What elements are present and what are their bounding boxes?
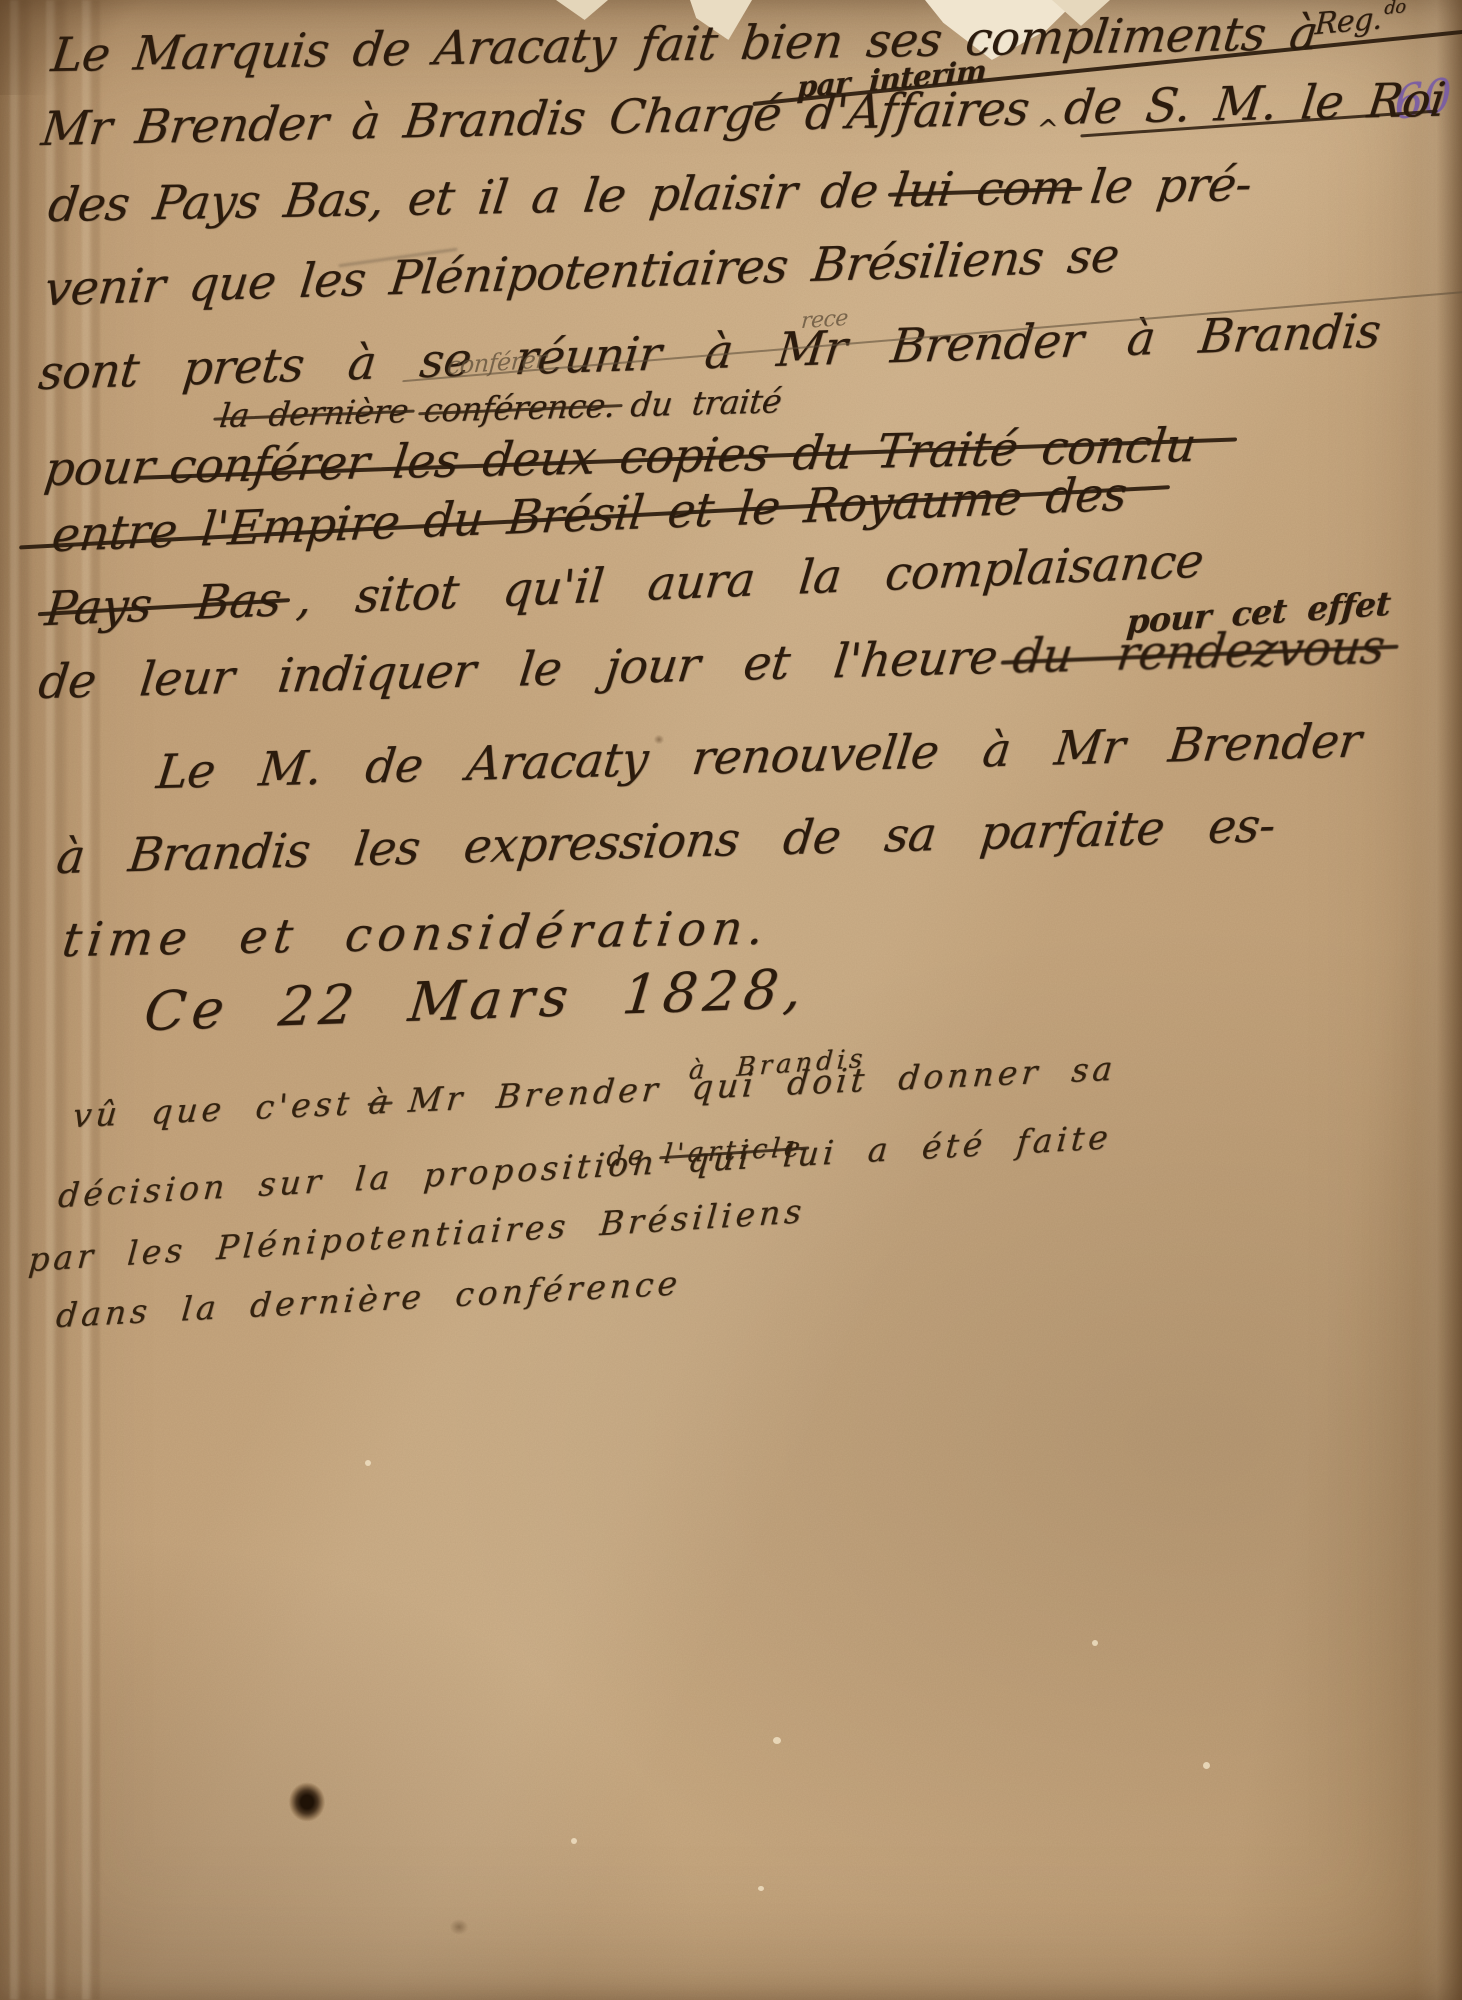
- paper-speck: [571, 1838, 577, 1844]
- ink-blot: [283, 1776, 331, 1828]
- line-4: venir que les Plénipotentiaires Brésilie…: [42, 228, 1122, 317]
- paper-speck: [1203, 1762, 1210, 1769]
- date-line: Ce 22 Mars 1828,: [141, 957, 810, 1043]
- insertion-caret: ^: [1034, 115, 1059, 146]
- struck-text: la dernière: [218, 391, 411, 435]
- paper-speck: [365, 1460, 371, 1466]
- paper-speck: [758, 1886, 764, 1891]
- postscript-line-2: décision sur la proposition qui lui a ét…: [57, 1117, 1114, 1215]
- pencil-insertion: rece: [800, 306, 849, 334]
- manuscript-page: Reg.do 60 Le Marquis de Aracaty fait bie…: [0, 0, 1462, 2000]
- line-2: Mr Brender à Brandis Chargé d'Affaires^d…: [37, 73, 1448, 167]
- line-10: Le M. de Aracaty renouvelle à Mr Brender: [154, 713, 1364, 800]
- postscript-line-1: vû que c'estàMr Brender qui doit donner …: [71, 1049, 1118, 1136]
- paper-speck: [1092, 1640, 1098, 1646]
- struck-text: conférence.: [422, 386, 617, 430]
- line-12: time et considération.: [59, 901, 772, 968]
- struck-text: à: [367, 1081, 394, 1121]
- postscript-line-4: dans la dernière conférence: [55, 1263, 683, 1335]
- line-11: à Brandis les expressions de sa parfaite…: [54, 798, 1278, 885]
- paper-speck: [773, 1737, 781, 1744]
- struck-text: Pays Bas: [43, 572, 284, 637]
- line-3: des Pays Bas, et il a le plaisir delui c…: [45, 157, 1254, 233]
- faint-ink-blot: [446, 1916, 472, 1938]
- faint-ink-spot: [652, 733, 666, 746]
- struck-text: lui com: [890, 160, 1078, 218]
- paper-tear: [556, 0, 608, 20]
